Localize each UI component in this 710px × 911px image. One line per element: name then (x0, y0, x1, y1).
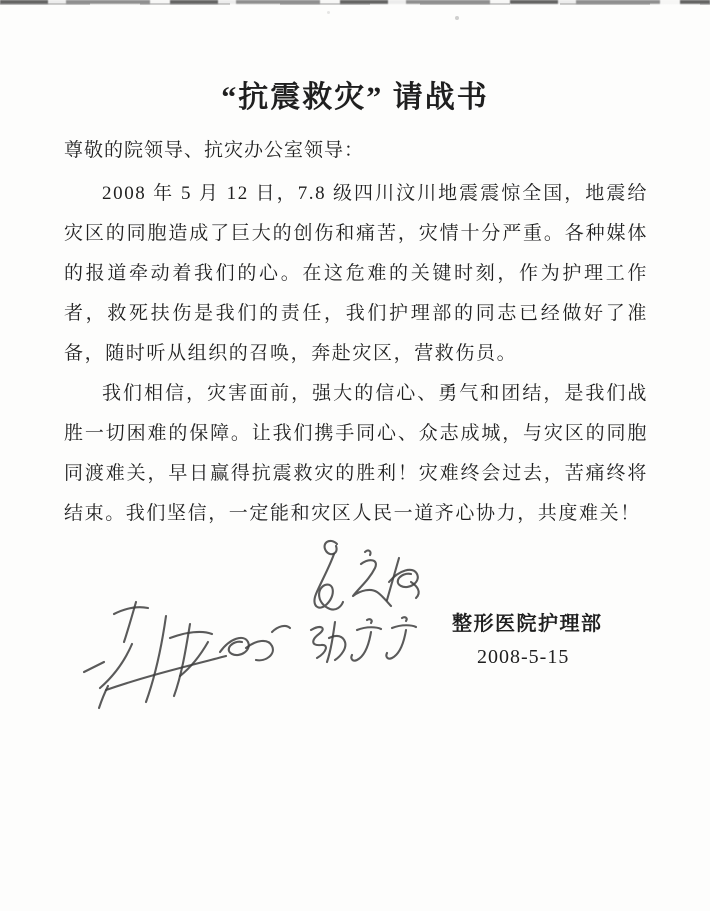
handwritten-signature-left (70, 592, 300, 715)
scan-speck (327, 11, 330, 14)
signature-strokes-icon (70, 592, 300, 710)
signoff-department: 整形医院护理部 (452, 607, 603, 636)
letter-body: 2008 年 5 月 12 日，7.8 级四川汶川地震震惊全国，地震给灾区的同胞… (64, 174, 648, 534)
scan-speck (455, 16, 459, 20)
body-paragraph-2: 我们相信，灾害面前，强大的信心、勇气和团结，是我们战胜一切困难的保障。让我们携手… (64, 374, 648, 534)
letter-salutation: 尊敬的院领导、抗灾办公室领导： (64, 138, 648, 164)
body-paragraph-1: 2008 年 5 月 12 日，7.8 级四川汶川地震震惊全国，地震给灾区的同胞… (64, 174, 648, 374)
handwritten-signature-center-lower (299, 612, 425, 677)
scanned-letter-page: “抗震救灾” 请战书 尊敬的院领导、抗灾办公室领导： 2008 年 5 月 12… (0, 0, 710, 911)
signoff-date: 2008-5-15 (477, 646, 569, 669)
scan-edge-artifact-2 (0, 3, 710, 5)
letter-title: “抗震救灾” 请战书 (0, 0, 710, 116)
signature-strokes-icon (299, 612, 425, 672)
